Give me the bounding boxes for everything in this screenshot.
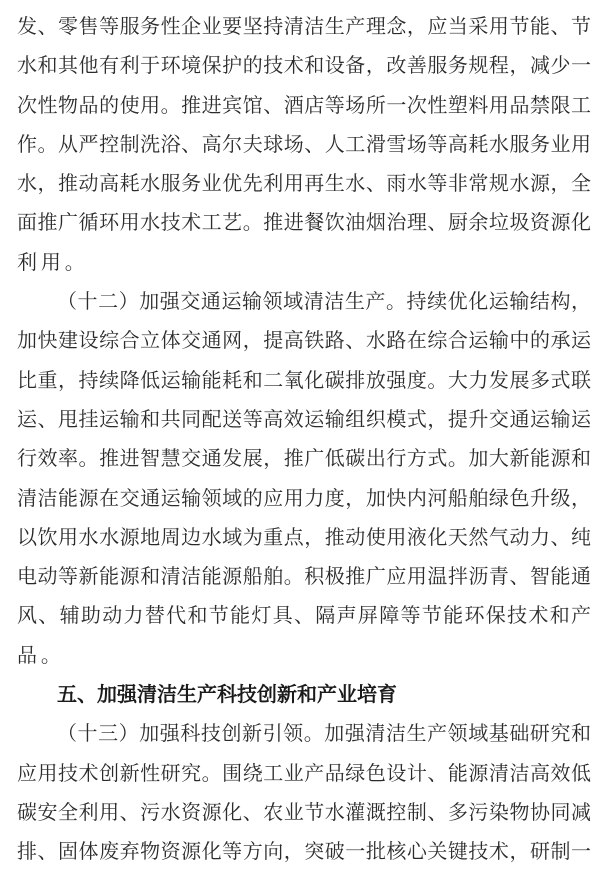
text-line: 风、辅助动力替代和节能灯具、隔声屏障等节能环保技术和产 (17, 596, 591, 635)
text-line: 品。 (17, 636, 591, 675)
text-line: 利用。 (17, 243, 591, 282)
text-line: 作。从严控制洗浴、高尔夫球场、人工滑雪场等高耗水服务业用 (17, 125, 591, 164)
text-line: 运、甩挂运输和共同配送等高效运输组织模式，提升交通运输运 (17, 400, 591, 439)
text-line: 排、固体废弃物资源化等方向，突破一批核心关键技术，研制一 (17, 832, 591, 871)
text-line: 应用技术创新性研究。围绕工业产品绿色设计、能源清洁高效低 (17, 754, 591, 793)
paragraph-13-first-line: （十三）加强科技创新引领。加强清洁生产领域基础研究和 (17, 714, 591, 753)
section-heading: 五、加强清洁生产科技创新和产业培育 (17, 675, 591, 714)
text-line: 电动等新能源和清洁能源船舶。积极推广应用温拌沥青、智能通 (17, 557, 591, 596)
text-line: 以饮用水水源地周边水域为重点，推动使用液化天然气动力、纯 (17, 518, 591, 557)
paragraph-12-first-line: （十二）加强交通运输领域清洁生产。持续优化运输结构， (17, 282, 591, 321)
text-line: 碳安全利用、污水资源化、农业节水灌溉控制、多污染物协同减 (17, 793, 591, 832)
text-line: 行效率。推进智慧交通发展，推广低碳出行方式。加大新能源和 (17, 439, 591, 478)
text-line: 清洁能源在交通运输领域的应用力度，加快内河船舶绿色升级， (17, 479, 591, 518)
text-line: 水和其他有利于环境保护的技术和设备，改善服务规程，减少一 (17, 46, 591, 85)
text-line: 面推广循环用水技术工艺。推进餐饮油烟治理、厨余垃圾资源化 (17, 203, 591, 242)
text-line: 加快建设综合立体交通网，提高铁路、水路在综合运输中的承运 (17, 321, 591, 360)
text-line: 水，推动高耗水服务业优先利用再生水、雨水等非常规水源，全 (17, 164, 591, 203)
text-line: 比重，持续降低运输能耗和二氧化碳排放强度。大力发展多式联 (17, 361, 591, 400)
text-line: 次性物品的使用。推进宾馆、酒店等场所一次性塑料用品禁限工 (17, 86, 591, 125)
document-body: 发、零售等服务性企业要坚持清洁生产理念，应当采用节能、节 水和其他有利于环境保护… (17, 7, 591, 872)
text-line: 发、零售等服务性企业要坚持清洁生产理念，应当采用节能、节 (17, 7, 591, 46)
